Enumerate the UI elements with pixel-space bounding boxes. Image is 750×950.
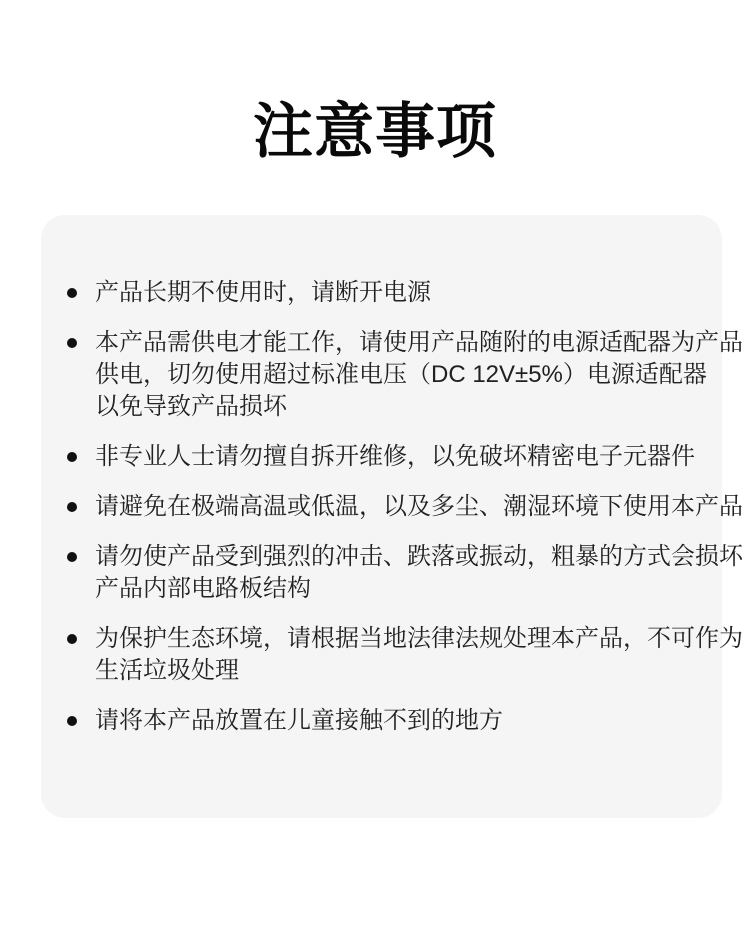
bullet-icon bbox=[67, 288, 77, 298]
notice-item: 非专业人士请勿擅自拆开维修，以免破坏精密电子元器件 bbox=[95, 441, 716, 473]
bullet-icon bbox=[67, 338, 77, 348]
bullet-icon bbox=[67, 502, 77, 512]
notice-item: 请勿使产品受到强烈的冲击、跌落或振动，粗暴的方式会损坏 产品内部电路板结构 bbox=[95, 541, 716, 605]
notice-line: 产品内部电路板结构 bbox=[95, 573, 716, 605]
precautions-page: { "page": { "title": "注意事项" }, "colors":… bbox=[0, 0, 750, 950]
bullet-icon bbox=[67, 716, 77, 726]
notice-line: 产品长期不使用时，请断开电源 bbox=[95, 277, 716, 309]
notice-line: 生活垃圾处理 bbox=[95, 655, 716, 687]
notice-list: 产品长期不使用时，请断开电源 本产品需供电才能工作，请使用产品随附的电源适配器为… bbox=[41, 277, 716, 737]
notice-item: 产品长期不使用时，请断开电源 bbox=[95, 277, 716, 309]
notice-card: 产品长期不使用时，请断开电源 本产品需供电才能工作，请使用产品随附的电源适配器为… bbox=[41, 215, 722, 818]
notice-line: 请将本产品放置在儿童接触不到的地方 bbox=[95, 705, 716, 737]
notice-line: 请勿使产品受到强烈的冲击、跌落或振动，粗暴的方式会损坏 bbox=[95, 541, 716, 573]
notice-line: 非专业人士请勿擅自拆开维修，以免破坏精密电子元器件 bbox=[95, 441, 716, 473]
notice-item: 为保护生态环境，请根据当地法律法规处理本产品，不可作为 生活垃圾处理 bbox=[95, 623, 716, 687]
bullet-icon bbox=[67, 452, 77, 462]
page-title: 注意事项 bbox=[0, 0, 750, 168]
notice-item: 请将本产品放置在儿童接触不到的地方 bbox=[95, 705, 716, 737]
notice-line: 本产品需供电才能工作，请使用产品随附的电源适配器为产品 bbox=[95, 327, 716, 359]
notice-line: 为保护生态环境，请根据当地法律法规处理本产品，不可作为 bbox=[95, 623, 716, 655]
notice-line: 请避免在极端高温或低温，以及多尘、潮湿环境下使用本产品 bbox=[95, 491, 716, 523]
notice-item: 本产品需供电才能工作，请使用产品随附的电源适配器为产品 供电，切勿使用超过标准电… bbox=[95, 327, 716, 423]
bullet-icon bbox=[67, 634, 77, 644]
bullet-icon bbox=[67, 552, 77, 562]
notice-line: 供电，切勿使用超过标准电压（DC 12V±5%）电源适配器 bbox=[95, 359, 716, 391]
notice-item: 请避免在极端高温或低温，以及多尘、潮湿环境下使用本产品 bbox=[95, 491, 716, 523]
notice-line: 以免导致产品损坏 bbox=[95, 391, 716, 423]
